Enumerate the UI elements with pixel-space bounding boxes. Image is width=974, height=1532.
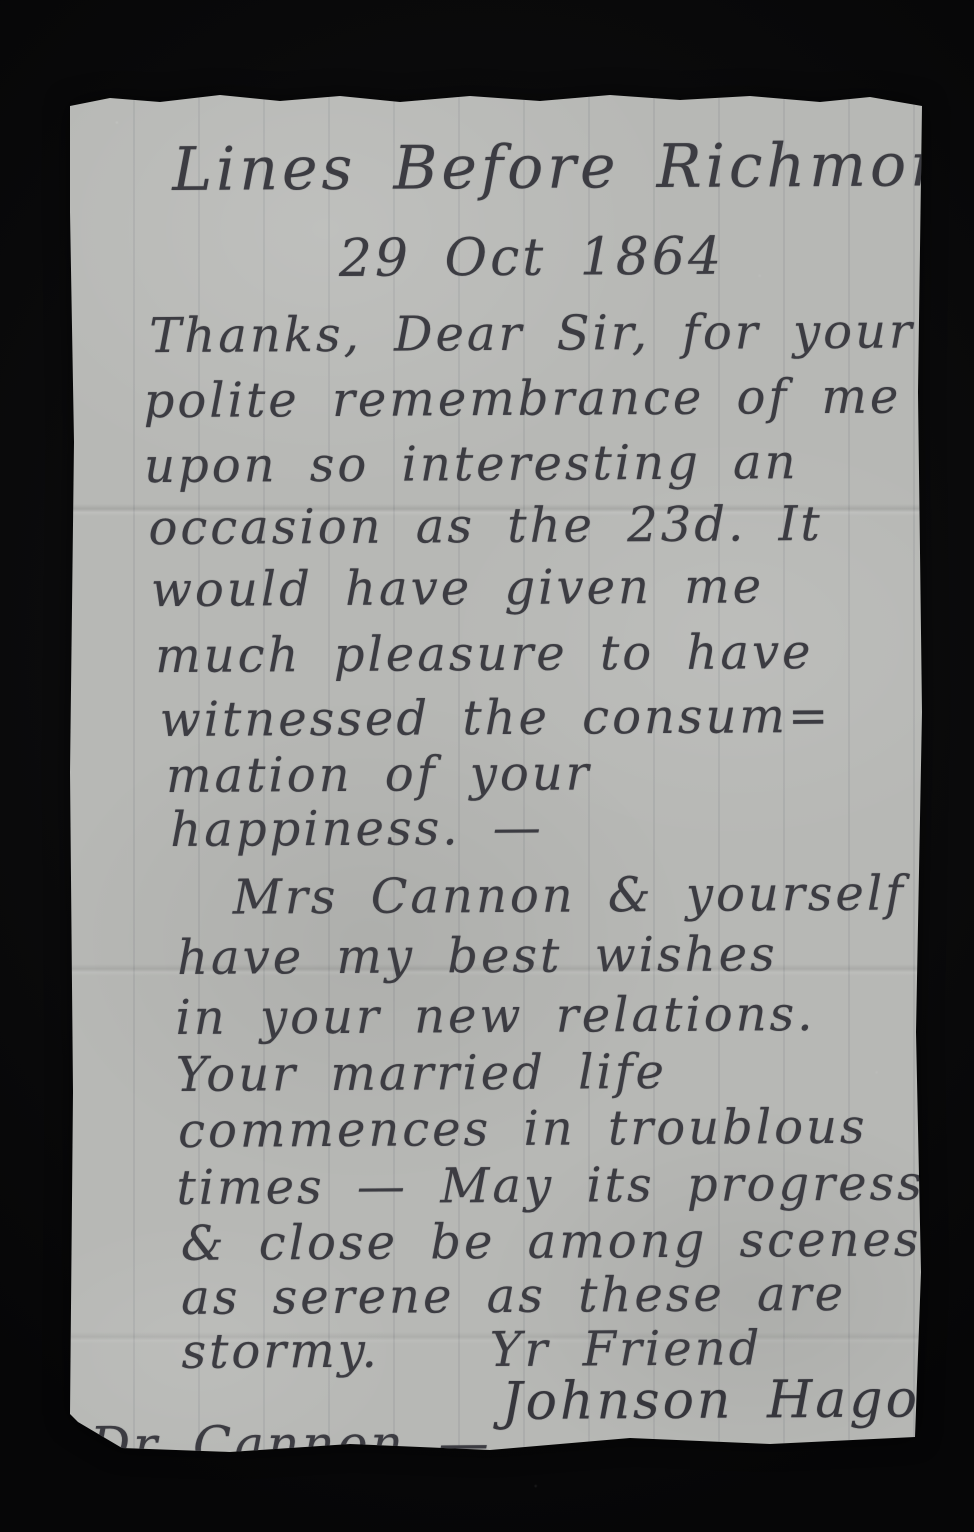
- letter-line: would have given me: [151, 562, 765, 614]
- letter-line: upon so interesting an: [144, 438, 799, 490]
- dateline-place: Lines Before Richmond: [172, 135, 974, 200]
- letter-paper-wrapper: Lines Before Richmond 29 Oct 1864 Thanks…: [70, 92, 922, 1460]
- signature: Johnson Hagood: [502, 1373, 974, 1428]
- letter-photograph: Lines Before Richmond 29 Oct 1864 Thanks…: [0, 0, 974, 1532]
- letter-line: times — May its progress: [176, 1159, 925, 1212]
- letter-line: occasion as the 23d. It: [148, 500, 823, 552]
- letter-line: commences in troublous: [178, 1103, 868, 1155]
- letter-line: mation of your: [166, 749, 592, 800]
- final-word: stormy.: [181, 1323, 380, 1380]
- letter-line: & close be among scenes: [181, 1215, 922, 1268]
- letter-line: Mrs Cannon & yourself: [233, 869, 907, 921]
- letter-line: Thanks, Dear Sir, for your: [149, 307, 915, 360]
- letter-line: much pleasure to have: [155, 628, 814, 680]
- letter-line: polite remembrance of me: [144, 373, 902, 426]
- handwritten-text-layer: Lines Before Richmond 29 Oct 1864 Thanks…: [66, 89, 926, 1462]
- letter-paper: Lines Before Richmond 29 Oct 1864 Thanks…: [70, 92, 922, 1460]
- closing-valediction: Yr Friend: [490, 1324, 763, 1374]
- letter-line: happiness. —: [170, 804, 544, 854]
- closing-line: stormy.Yr Friend: [181, 1324, 762, 1376]
- letter-line: witnessed the consum=: [160, 692, 832, 744]
- dateline-date: 29 Oct 1864: [339, 231, 725, 285]
- letter-line: as serene as these are: [181, 1270, 846, 1322]
- letter-line: in your new relations.: [175, 990, 815, 1042]
- letter-line: have my best wishes: [177, 930, 778, 982]
- addressee: Dr Cannon —: [90, 1418, 492, 1470]
- letter-line: Your married life: [176, 1048, 667, 1099]
